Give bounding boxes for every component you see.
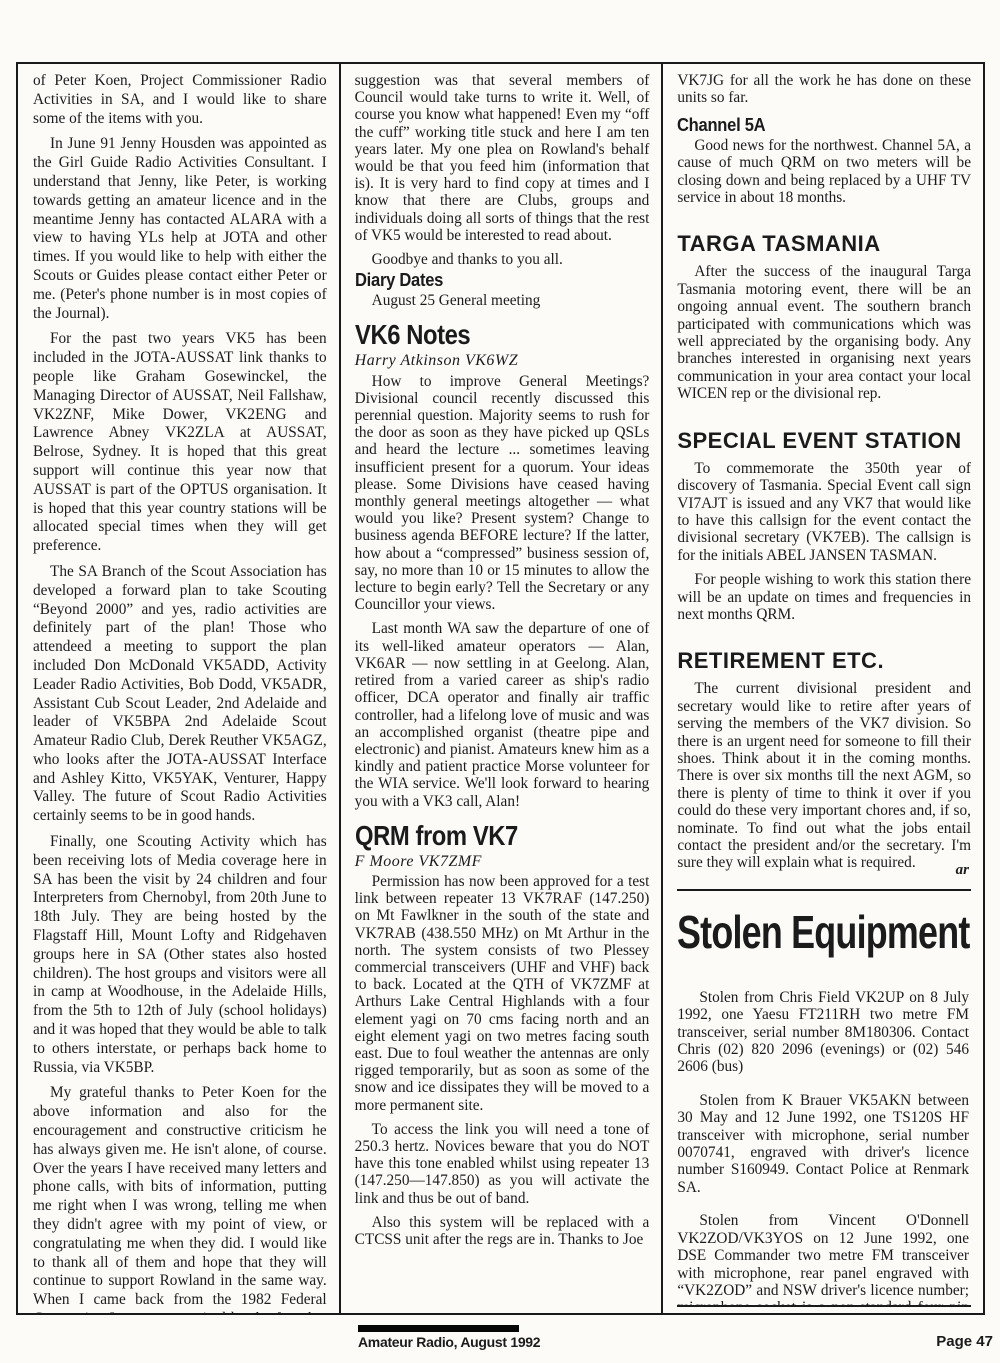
paragraph: Stolen from Chris Field VK2UP on 8 July … — [677, 989, 969, 1076]
footer-bar — [358, 1325, 519, 1332]
stolen-equipment-box: Stolen Equipment Stolen from Chris Field… — [677, 889, 971, 1307]
channel-5a-heading: Channel 5A — [677, 115, 947, 136]
paragraph: My grateful thanks to Peter Koen for the… — [33, 1084, 327, 1313]
paragraph: The SA Branch of the Scout Association h… — [33, 563, 327, 826]
column-2: suggestion was that several members of C… — [339, 64, 662, 1313]
paragraph: Permission has now been approved for a t… — [355, 873, 650, 1114]
qrm-from-vk7-heading: QRM from VK7 — [355, 820, 605, 852]
diary-dates-heading: Diary Dates — [355, 270, 626, 291]
qrm-byline: F Moore VK7ZMF — [355, 853, 650, 870]
paragraph: of Peter Koen, Project Commissioner Radi… — [33, 72, 327, 128]
vk6-byline: Harry Atkinson VK6WZ — [355, 352, 650, 369]
paragraph: For the past two years VK5 has been incl… — [33, 330, 327, 556]
footer-page-number: Page 47 — [936, 1333, 993, 1350]
stolen-equipment-heading: Stolen Equipment — [677, 905, 905, 959]
paragraph: In June 91 Jenny Housden was appointed a… — [33, 135, 327, 323]
targa-tasmania-heading: TARGA TASMANIA — [677, 231, 971, 257]
diary-date-item: August 25 General meeting — [355, 292, 650, 309]
column-1: of Peter Koen, Project Commissioner Radi… — [18, 64, 339, 1313]
paragraph: Good news for the northwest. Channel 5A,… — [677, 137, 971, 207]
paragraph: For people wishing to work this station … — [677, 571, 971, 623]
paragraph: To commemorate the 350th year of discove… — [677, 460, 971, 564]
paragraph: Finally, one Scouting Activity which has… — [33, 833, 327, 1077]
paragraph: The current divisional president and sec… — [677, 680, 971, 871]
paragraph: Also this system will be replaced with a… — [355, 1214, 650, 1248]
paragraph: After the success of the inaugural Targa… — [677, 263, 971, 402]
paragraph: Stolen from K Brauer VK5AKN between 30 M… — [677, 1092, 969, 1196]
retirement-heading: RETIREMENT ETC. — [677, 648, 971, 674]
vk6-notes-heading: VK6 Notes — [355, 319, 605, 351]
special-event-station-heading: SPECIAL EVENT STATION — [677, 428, 971, 454]
paragraph: Last month WA saw the departure of one o… — [355, 620, 650, 809]
content-frame: of Peter Koen, Project Commissioner Radi… — [16, 62, 985, 1315]
footer-journal-label: Amateur Radio, August 1992 — [358, 1334, 540, 1350]
footer: Amateur Radio, August 1992 Page 47 — [0, 1322, 1000, 1363]
paragraph: How to improve General Meetings? Divisio… — [355, 373, 650, 614]
paragraph: To access the link you will need a tone … — [355, 1121, 650, 1207]
paragraph: suggestion was that several members of C… — [355, 72, 650, 244]
column-3: VK7JG for all the work he has done on th… — [661, 64, 983, 1313]
paragraph: Stolen from Vincent O'Donnell VK2ZOD/VK3… — [677, 1212, 969, 1307]
paragraph: VK7JG for all the work he has done on th… — [677, 72, 971, 107]
end-mark: ar — [677, 862, 971, 879]
magazine-page: of Peter Koen, Project Commissioner Radi… — [0, 0, 1000, 1363]
paragraph: Goodbye and thanks to you all. — [355, 251, 650, 268]
